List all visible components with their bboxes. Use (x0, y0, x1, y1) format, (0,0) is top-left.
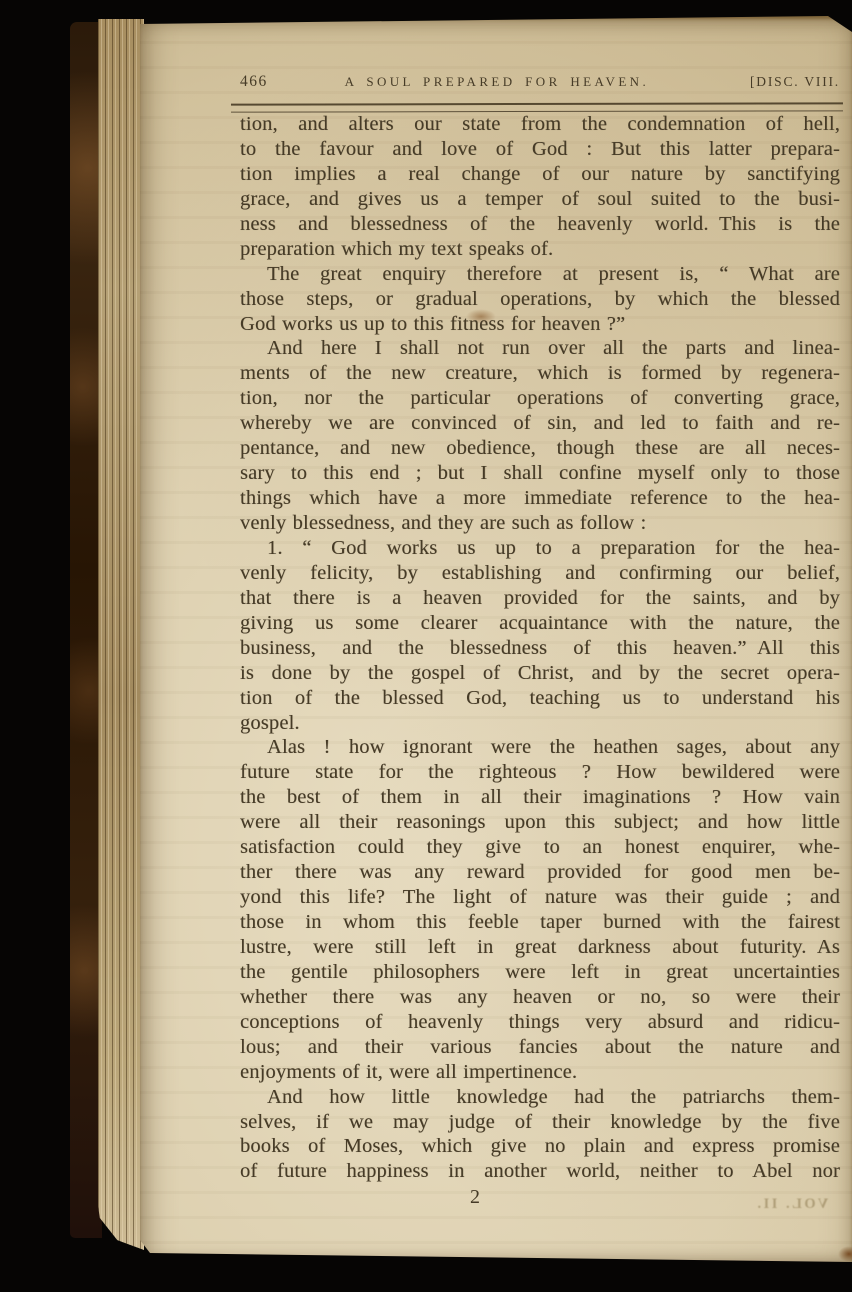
text-line: ther there was any reward provided for g… (240, 860, 840, 885)
text-line: business, and the blessedness of this he… (240, 636, 840, 661)
text-line: And how little knowledge had the patriar… (240, 1085, 840, 1110)
text-line: giving us some clearer acquaintance with… (240, 611, 840, 636)
text-line: The great enquiry therefore at present i… (240, 262, 840, 287)
text-line: lustre, were still left in great darknes… (240, 935, 840, 960)
text-line: ness and blessedness of the heavenly wor… (240, 212, 840, 237)
text-line: satisfaction could they give to an hones… (240, 835, 840, 860)
text-line: And here I shall not run over all the pa… (240, 336, 840, 361)
text-line: future state for the righteous ? How bew… (240, 760, 840, 785)
page-number: 466 (240, 73, 268, 91)
text-line: tion implies a real change of our nature… (240, 162, 840, 187)
text-line: of future happiness in another world, ne… (240, 1159, 840, 1184)
text-line: conceptions of heavenly things very absu… (240, 1010, 840, 1035)
text-line: those in whom this feeble taper burned w… (240, 910, 840, 935)
paragraph: tion, and alters our state from the cond… (240, 112, 840, 262)
bleed-through-text: VOL. II. (755, 1196, 828, 1213)
text-line: ments of the new creature, which is form… (240, 361, 840, 386)
paragraph: 1. “ God works us up to a preparation fo… (240, 536, 840, 736)
paragraph: And how little knowledge had the patriar… (240, 1085, 840, 1185)
text-line: venly blessedness, and they are such as … (240, 511, 840, 536)
text-line: were all their reasonings upon this subj… (240, 810, 840, 835)
text-line: that there is a heaven provided for the … (240, 586, 840, 611)
text-line: those steps, or gradual operations, by w… (240, 287, 840, 312)
text-line: tion, nor the particular operations of c… (240, 386, 840, 411)
text-line: Alas ! how ignorant were the heathen sag… (240, 735, 840, 760)
text-line: yond this life? The light of nature was … (240, 885, 840, 910)
page-header: 466 A SOUL PREPARED FOR HEAVEN. [DISC. V… (240, 73, 840, 97)
text-line: things which have a more immediate refer… (240, 486, 840, 511)
text-line: is done by the gospel of Christ, and by … (240, 661, 840, 686)
section-label: [DISC. VIII. (750, 74, 840, 90)
text-line: tion, and alters our state from the cond… (240, 112, 840, 137)
text-line: the gentile philosophers were left in gr… (240, 960, 840, 985)
book-cover-edge (70, 22, 102, 1238)
text-line: the best of them in all their imaginatio… (240, 785, 840, 810)
text-line: tion of the blessed God, teaching us to … (240, 686, 840, 711)
text-line: gospel. (240, 711, 840, 736)
text-line: preparation which my text speaks of. (240, 237, 840, 262)
running-title: A SOUL PREPARED FOR HEAVEN. (345, 74, 650, 90)
text-line: pentance, and new obedience, though thes… (240, 436, 840, 461)
page-fore-edge (98, 19, 144, 1250)
text-line: venly felicity, by establishing and conf… (240, 561, 840, 586)
signature-mark: 2 (470, 1186, 480, 1209)
text-block: tion, and alters our state from the cond… (240, 112, 840, 1184)
text-line: 1. “ God works us up to a preparation fo… (240, 536, 840, 561)
text-line: sary to this end ; but I shall confine m… (240, 461, 840, 486)
text-line: enjoyments of it, were all impertinence. (240, 1060, 840, 1085)
text-line: grace, and gives us a temper of soul sui… (240, 187, 840, 212)
text-line: to the favour and love of God : But this… (240, 137, 840, 162)
text-line: whereby we are convinced of sin, and led… (240, 411, 840, 436)
paragraph: And here I shall not run over all the pa… (240, 336, 840, 536)
text-line: whether there was any heaven or no, so w… (240, 985, 840, 1010)
paragraph: Alas ! how ignorant were the heathen sag… (240, 735, 840, 1084)
text-line: books of Moses, which give no plain and … (240, 1134, 840, 1159)
text-line: selves, if we may judge of their knowled… (240, 1110, 840, 1135)
paragraph: The great enquiry therefore at present i… (240, 262, 840, 337)
text-line: lous; and their various fancies about th… (240, 1035, 840, 1060)
text-line: God works us up to this fitness for heav… (240, 312, 840, 337)
